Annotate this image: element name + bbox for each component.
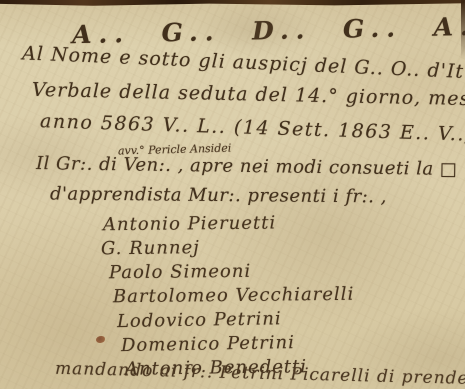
opening-formula-line: Il Gr:. di Ven:. , apre nei modi consuet… <box>36 153 458 180</box>
paper-torn-edge <box>0 0 465 6</box>
attendee-name: Bartolomeo Vecchiarelli <box>113 283 355 310</box>
apprentice-lodge-line: d'apprendista Mur:. presenti i fr:. , <box>50 184 387 208</box>
closing-line-cutoff: mandando ai fr:. Petrini Picarelli di pr… <box>55 359 465 389</box>
attendee-list: Antonio Pieruetti G. Runnej Paolo Simeon… <box>103 212 344 380</box>
date-line: anno 5863 V.. L.. (14 Sett. 1863 E.. V..… <box>40 110 465 146</box>
invocation-line: Al Nome e sotto gli auspicj del G.. O.. … <box>22 42 465 83</box>
attendee-name: Antonio Pieruetti <box>103 211 345 238</box>
verbale-title-line: Verbale della seduta del 14.° giorno, me… <box>32 79 465 111</box>
attendee-name: Domenico Petrini <box>121 330 363 358</box>
masonic-header-initials: A.. G.. D.. G.. A.. D.. U.. <box>72 8 465 50</box>
attendee-name: Paolo Simeoni <box>109 259 351 286</box>
attendee-name: G. Runnej <box>101 235 343 262</box>
manuscript-page: A.. G.. D.. G.. A.. D.. U.. Al Nome e so… <box>0 0 465 389</box>
